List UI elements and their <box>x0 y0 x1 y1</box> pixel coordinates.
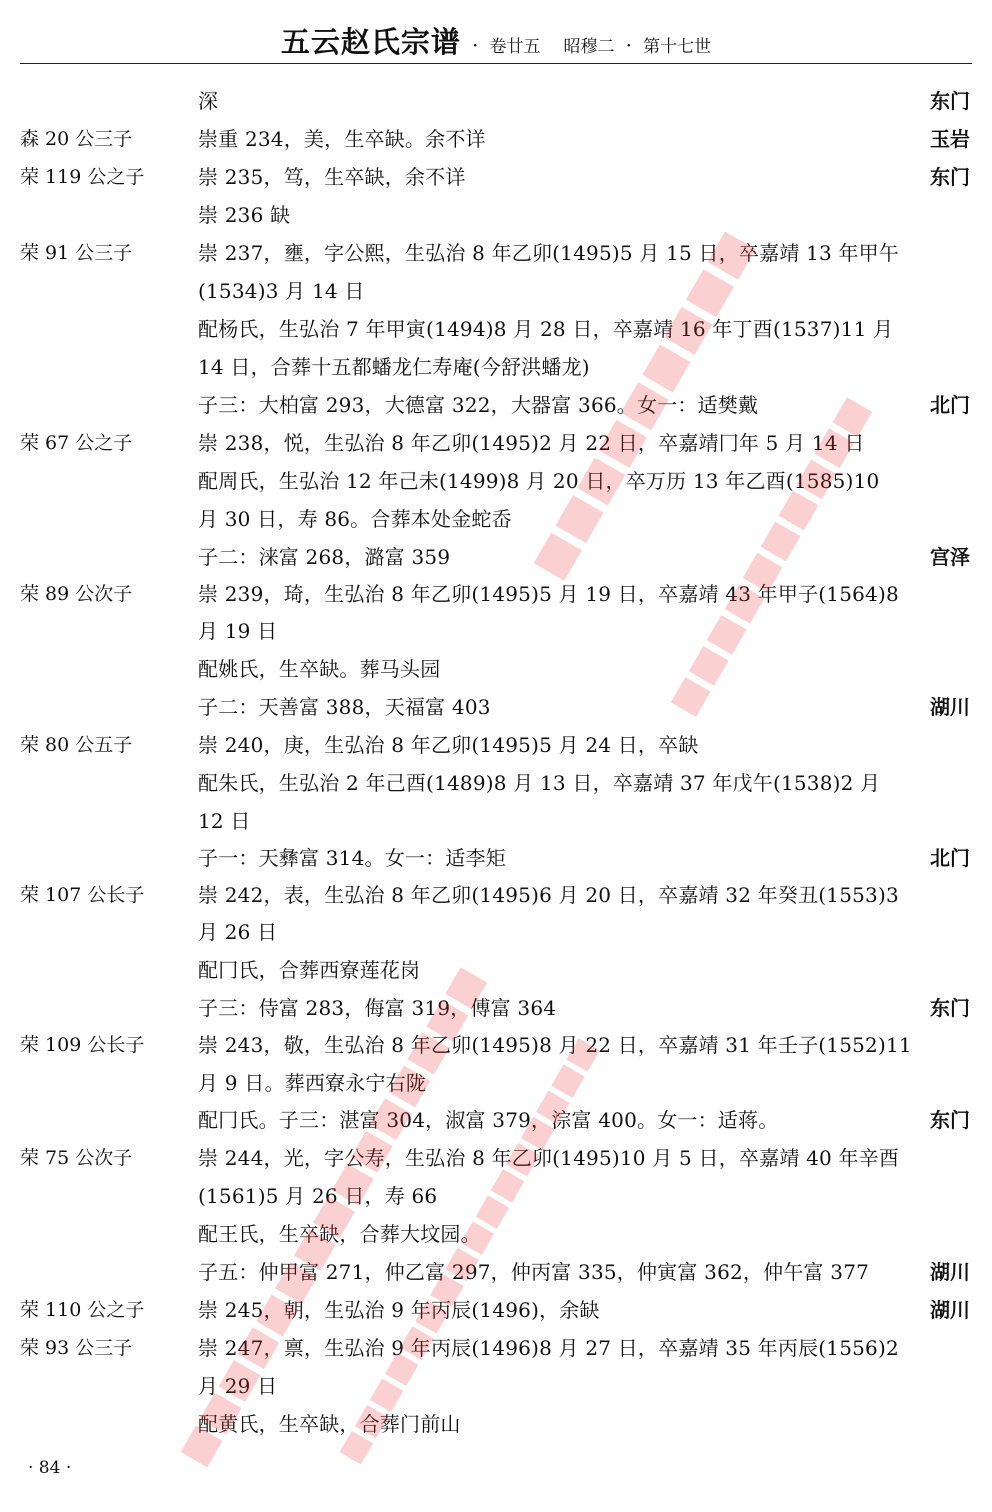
entry-text: 崇 242，表，生弘治 8 年乙卯(1495)6 月 20 日，卒嘉靖 32 年… <box>198 877 899 913</box>
parent-label: 荣 110 公之子 <box>20 1292 144 1328</box>
entry-text: 配冂氏。子三：湛富 304，淑富 379，淙富 400。女一：适蒋。 <box>198 1102 778 1138</box>
page-header: 五云赵氏宗谱 · 卷廿五 昭穆二 · 第十七世 <box>0 20 992 60</box>
entry-text: 子二：天善富 388，天福富 403 <box>198 689 491 725</box>
entry-text: 崇 247，禀，生弘治 9 年丙辰(1496)8 月 27 日，卒嘉靖 35 年… <box>198 1330 899 1366</box>
entry-text: 崇 240，庚，生弘治 8 年乙卯(1495)5 月 24 日，卒缺 <box>198 727 699 763</box>
entry-line: (1534)3 月 14 日 <box>0 273 992 309</box>
entry-line: 配周氏，生弘治 12 年己未(1499)8 月 20 日，卒万历 13 年乙酉(… <box>0 463 992 499</box>
parent-label: 荣 109 公长子 <box>20 1027 144 1063</box>
location-label: 湖川 <box>930 689 970 725</box>
entry-text: 子五：仲甲富 271，仲乙富 297，仲丙富 335，仲寅富 362，仲午富 3… <box>198 1254 869 1290</box>
entry-line: 崇 236 缺 <box>0 197 992 233</box>
entry-line: 子一：天彝富 314。女一：适李矩北门 <box>0 840 992 876</box>
entry-text: 崇 239，琦，生弘治 8 年乙卯(1495)5 月 19 日，卒嘉靖 43 年… <box>198 576 899 612</box>
entry-text: 配杨氏，生弘治 7 年甲寅(1494)8 月 28 日，卒嘉靖 16 年丁酉(1… <box>198 311 893 347</box>
entry-line: 子三：大柏富 293，大德富 322，大器富 366。女一：适樊戴北门 <box>0 387 992 423</box>
entry-text: 子三：大柏富 293，大德富 322，大器富 366。女一：适樊戴 <box>198 387 758 423</box>
entry-line: 14 日，合葬十五都蟠龙仁寿庵(今舒洪蟠龙) <box>0 349 992 385</box>
entry-text: 子一：天彝富 314。女一：适李矩 <box>198 840 506 876</box>
entry-line: 荣 110 公之子崇 245，朝，生弘治 9 年丙辰(1496)，余缺湖川 <box>0 1292 992 1328</box>
entry-line: 配朱氏，生弘治 2 年己酉(1489)8 月 13 日，卒嘉靖 37 年戊午(1… <box>0 765 992 801</box>
volume-label: 卷廿五 <box>489 37 540 57</box>
entry-line: 配王氏，生卒缺，合葬大坟园。 <box>0 1216 992 1252</box>
entry-line: 荣 75 公次子崇 244，光，字公寿，生弘治 8 年乙卯(1495)10 月 … <box>0 1140 992 1176</box>
parent-label: 荣 75 公次子 <box>20 1140 132 1176</box>
location-label: 湖川 <box>930 1292 970 1328</box>
parent-label: 荣 93 公三子 <box>20 1330 132 1366</box>
location-label: 玉岩 <box>930 121 970 157</box>
generation-label: 第十七世 <box>643 37 711 57</box>
entry-line: 配黄氏，生卒缺，合葬门前山 <box>0 1406 992 1442</box>
entry-line: 12 日 <box>0 803 992 839</box>
entry-line: 月 30 日，寿 86。合葬本处金蛇岙 <box>0 501 992 537</box>
parent-label: 荣 67 公之子 <box>20 425 132 461</box>
parent-label: 荣 80 公五子 <box>20 727 132 763</box>
location-label: 宫泽 <box>930 539 970 575</box>
parent-label: 荣 91 公三子 <box>20 235 132 271</box>
entry-line: 子二：涞富 268，潞富 359宫泽 <box>0 539 992 575</box>
separator-dot: · <box>626 33 632 57</box>
entry-text: 崇 243，敬，生弘治 8 年乙卯(1495)8 月 22 日，卒嘉靖 31 年… <box>198 1027 912 1063</box>
entry-line: 森 20 公三子崇重 234，美，生卒缺。余不详玉岩 <box>0 121 992 157</box>
entry-text: 12 日 <box>198 803 251 839</box>
entry-text: 崇重 234，美，生卒缺。余不详 <box>198 121 486 157</box>
entry-line: 荣 89 公次子崇 239，琦，生弘治 8 年乙卯(1495)5 月 19 日，… <box>0 576 992 612</box>
entry-line: 荣 119 公之子崇 235，笃，生卒缺，余不详东门 <box>0 159 992 195</box>
entry-text: 深 <box>198 83 218 119</box>
separator-dot: · <box>472 33 478 57</box>
entry-text: 月 26 日 <box>198 914 277 950</box>
entry-line: 荣 109 公长子崇 243，敬，生弘治 8 年乙卯(1495)8 月 22 日… <box>0 1027 992 1063</box>
entry-text: 配周氏，生弘治 12 年己未(1499)8 月 20 日，卒万历 13 年乙酉(… <box>198 463 879 499</box>
location-label: 北门 <box>930 387 970 423</box>
entry-line: 荣 91 公三子崇 237，壅，字公熙，生弘治 8 年乙卯(1495)5 月 1… <box>0 235 992 271</box>
location-label: 湖川 <box>930 1254 970 1290</box>
entry-text: 配姚氏，生卒缺。葬马头园 <box>198 651 440 687</box>
entry-text: 月 29 日 <box>198 1368 277 1404</box>
entry-text: 崇 238，悦，生弘治 8 年乙卯(1495)2 月 22 日，卒嘉靖冂年 5 … <box>198 425 865 461</box>
page-number: · 84 · <box>28 1458 71 1478</box>
entry-line: 子五：仲甲富 271，仲乙富 297，仲丙富 335，仲寅富 362，仲午富 3… <box>0 1254 992 1290</box>
entry-line: 深东门 <box>0 83 992 119</box>
entry-text: 配朱氏，生弘治 2 年己酉(1489)8 月 13 日，卒嘉靖 37 年戊午(1… <box>198 765 880 801</box>
entry-line: 配姚氏，生卒缺。葬马头园 <box>0 651 992 687</box>
entry-line: 月 19 日 <box>0 613 992 649</box>
entry-text: 崇 245，朝，生弘治 9 年丙辰(1496)，余缺 <box>198 1292 600 1328</box>
entry-line: 月 29 日 <box>0 1368 992 1404</box>
parent-label: 荣 119 公之子 <box>20 159 144 195</box>
entry-text: 配王氏，生卒缺，合葬大坟园。 <box>198 1216 481 1252</box>
entry-text: 崇 235，笃，生卒缺，余不详 <box>198 159 466 195</box>
entry-line: 配冂氏，合葬西寮莲花岗 <box>0 952 992 988</box>
entry-line: 荣 107 公长子崇 242，表，生弘治 8 年乙卯(1495)6 月 20 日… <box>0 877 992 913</box>
entry-text: 崇 236 缺 <box>198 197 290 233</box>
entry-line: 子二：天善富 388，天福富 403湖川 <box>0 689 992 725</box>
entry-text: 崇 237，壅，字公熙，生弘治 8 年乙卯(1495)5 月 15 日，卒嘉靖 … <box>198 235 899 271</box>
location-label: 东门 <box>930 990 970 1026</box>
parent-label: 荣 107 公长子 <box>20 877 144 913</box>
entry-line: 配冂氏。子三：湛富 304，淑富 379，淙富 400。女一：适蒋。东门 <box>0 1102 992 1138</box>
entry-text: 月 30 日，寿 86。合葬本处金蛇岙 <box>198 501 512 537</box>
entry-line: 配杨氏，生弘治 7 年甲寅(1494)8 月 28 日，卒嘉靖 16 年丁酉(1… <box>0 311 992 347</box>
parent-label: 森 20 公三子 <box>20 121 132 157</box>
parent-label: 荣 89 公次子 <box>20 576 132 612</box>
location-label: 东门 <box>930 159 970 195</box>
entry-text: 子三：侍富 283，侮富 319，傅富 364 <box>198 990 556 1026</box>
entry-line: 月 9 日。葬西寮永宁右陇 <box>0 1065 992 1101</box>
location-label: 东门 <box>930 1102 970 1138</box>
entry-text: 月 19 日 <box>198 613 277 649</box>
entry-line: 月 26 日 <box>0 914 992 950</box>
header-rule <box>20 63 972 64</box>
entry-line: 荣 67 公之子崇 238，悦，生弘治 8 年乙卯(1495)2 月 22 日，… <box>0 425 992 461</box>
entry-text: 子二：涞富 268，潞富 359 <box>198 539 450 575</box>
entry-line: 荣 93 公三子崇 247，禀，生弘治 9 年丙辰(1496)8 月 27 日，… <box>0 1330 992 1366</box>
entry-text: 月 9 日。葬西寮永宁右陇 <box>198 1065 426 1101</box>
entry-line: 子三：侍富 283，侮富 319，傅富 364东门 <box>0 990 992 1026</box>
location-label: 东门 <box>930 83 970 119</box>
entry-text: 配黄氏，生卒缺，合葬门前山 <box>198 1406 461 1442</box>
entry-text: (1561)5 月 26 日，寿 66 <box>198 1178 437 1214</box>
entry-line: 荣 80 公五子崇 240，庚，生弘治 8 年乙卯(1495)5 月 24 日，… <box>0 727 992 763</box>
book-title: 五云赵氏宗谱 <box>281 25 461 59</box>
location-label: 北门 <box>930 840 970 876</box>
entry-text: 14 日，合葬十五都蟠龙仁寿庵(今舒洪蟠龙) <box>198 349 590 385</box>
entry-text: (1534)3 月 14 日 <box>198 273 365 309</box>
entry-text: 崇 244，光，字公寿，生弘治 8 年乙卯(1495)10 月 5 日，卒嘉靖 … <box>198 1140 899 1176</box>
entry-line: (1561)5 月 26 日，寿 66 <box>0 1178 992 1214</box>
entry-text: 配冂氏，合葬西寮莲花岗 <box>198 952 420 988</box>
section-label: 昭穆二 <box>564 37 615 57</box>
